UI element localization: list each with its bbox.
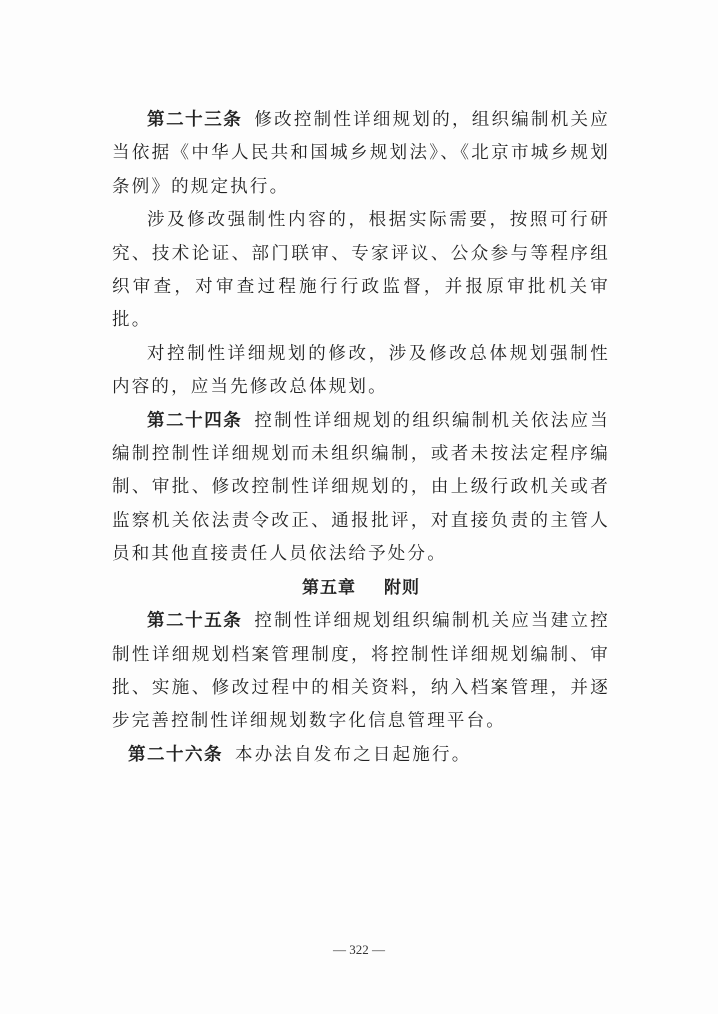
article-23: 第二十三条修改控制性详细规划的，组织编制机关应当依据《中华人民共和国城乡规划法》… <box>112 104 610 204</box>
document-page: 第二十三条修改控制性详细规划的，组织编制机关应当依据《中华人民共和国城乡规划法》… <box>112 104 610 772</box>
article-heading: 第二十六条 <box>128 745 223 765</box>
page-number: — 322 — <box>0 942 718 958</box>
chapter-heading: 第五章附则 <box>112 572 610 605</box>
article-text: 控制性详细规划的组织编制机关依法应当编制控制性详细规划而未组织编制，或者未按法定… <box>112 411 610 565</box>
article-23-para-3: 对控制性详细规划的修改，涉及修改总体规划强制性内容的，应当先修改总体规划。 <box>112 338 610 405</box>
chapter-number: 第五章 <box>302 578 356 598</box>
article-26: 第二十六条本办法自发布之日起施行。 <box>112 739 610 772</box>
paragraph-text: 涉及修改强制性内容的，根据实际需要，按照可行研究、技术论证、部门联审、专家评议、… <box>112 210 610 330</box>
article-text: 本办法自发布之日起施行。 <box>235 745 471 765</box>
article-heading: 第二十五条 <box>147 611 242 631</box>
chapter-title: 附则 <box>384 578 420 598</box>
article-heading: 第二十四条 <box>147 411 242 431</box>
article-heading: 第二十三条 <box>147 110 242 130</box>
article-23-para-2: 涉及修改强制性内容的，根据实际需要，按照可行研究、技术论证、部门联审、专家评议、… <box>112 204 610 338</box>
article-25: 第二十五条控制性详细规划组织编制机关应当建立控制性详细规划档案管理制度，将控制性… <box>112 605 610 739</box>
paragraph-text: 对控制性详细规划的修改，涉及修改总体规划强制性内容的，应当先修改总体规划。 <box>112 344 610 397</box>
article-24: 第二十四条控制性详细规划的组织编制机关依法应当编制控制性详细规划而未组织编制，或… <box>112 405 610 572</box>
